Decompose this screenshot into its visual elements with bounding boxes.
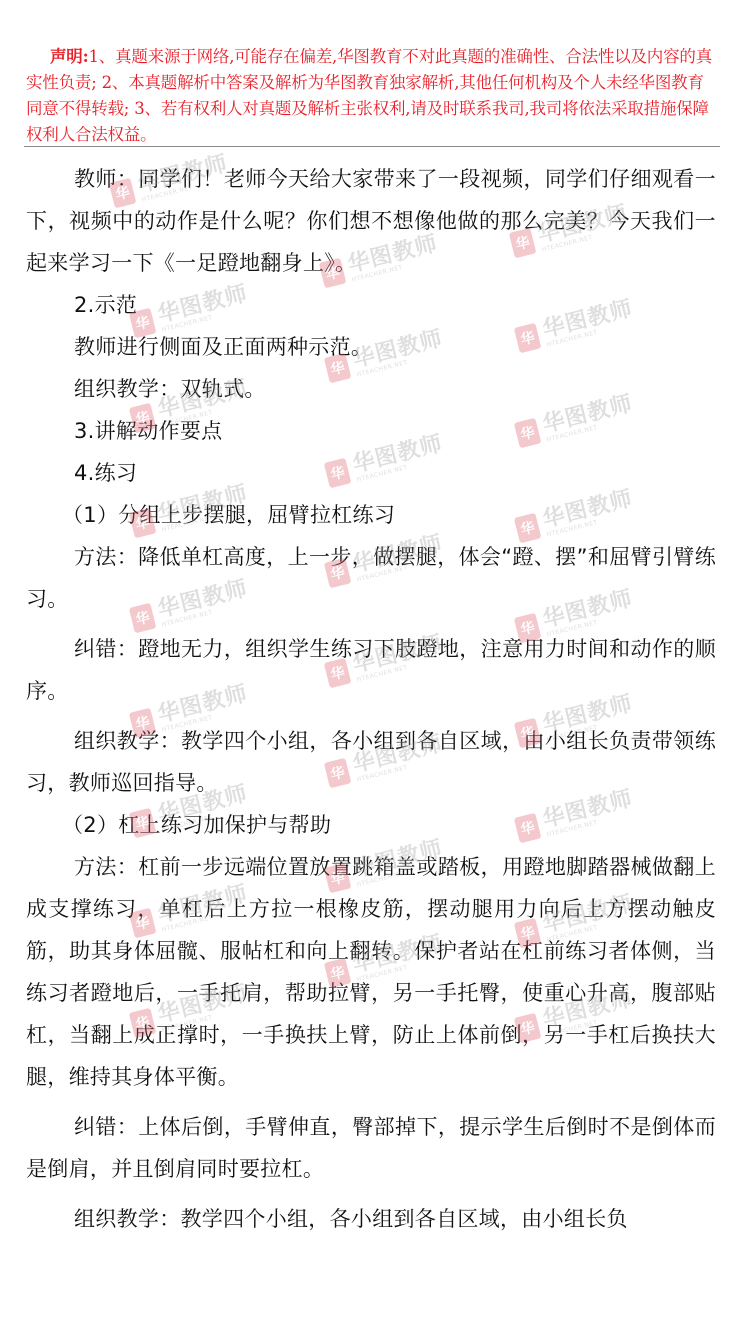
paragraph-correction-2: 纠错：上体后倒，手臂伸直，臀部掉下，提示学生后倒时不是倒体而是倒肩，并且倒肩同时… bbox=[26, 1106, 716, 1190]
disclaimer-text: 1、真题来源于网络,可能存在偏差,华图教育不对此真题的准确性、合法性以及内容的真… bbox=[26, 47, 712, 144]
paragraph-organization-1: 组织教学：教学四个小组，各小组到各自区域，由小组长负责带领练习，教师巡回指导。 bbox=[26, 720, 716, 804]
paragraph-correction-1: 纠错：蹬地无力，组织学生练习下肢蹬地，注意用力时间和动作的顺序。 bbox=[26, 628, 716, 712]
subheading-practice-2: （2）杠上练习加保护与帮助 bbox=[26, 804, 716, 846]
subheading-practice-1: （1）分组上步摆腿，屈臂拉杠练习 bbox=[26, 494, 716, 536]
paragraph-method-1: 方法：降低单杠高度，上一步，做摆腿，体会“蹬、摆”和屈臂引臂练习。 bbox=[26, 536, 716, 620]
paragraph-method-2: 方法：杠前一步远端位置放置跳箱盖或踏板，用蹬地脚踏器械做翻上成支撑练习，单杠后上… bbox=[26, 846, 716, 1098]
paragraph-demo: 教师进行侧面及正面两种示范。 bbox=[26, 326, 716, 368]
disclaimer-notice: 声明:1、真题来源于网络,可能存在偏差,华图教育不对此真题的准确性、合法性以及内… bbox=[26, 44, 718, 148]
heading-key-points: 3.讲解动作要点 bbox=[26, 410, 716, 452]
heading-practice: 4.练习 bbox=[26, 452, 716, 494]
lesson-content: 教师：同学们！老师今天给大家带来了一段视频，同学们仔细观看一下，视频中的动作是什… bbox=[26, 158, 716, 1240]
heading-demo: 2.示范 bbox=[26, 284, 716, 326]
paragraph-organization: 组织教学：双轨式。 bbox=[26, 368, 716, 410]
paragraph-organization-2: 组织教学：教学四个小组，各小组到各自区域，由小组长负 bbox=[26, 1198, 716, 1240]
disclaimer-label: 声明: bbox=[50, 47, 89, 66]
paragraph-intro: 教师：同学们！老师今天给大家带来了一段视频，同学们仔细观看一下，视频中的动作是什… bbox=[26, 158, 716, 284]
header-divider bbox=[24, 146, 720, 147]
